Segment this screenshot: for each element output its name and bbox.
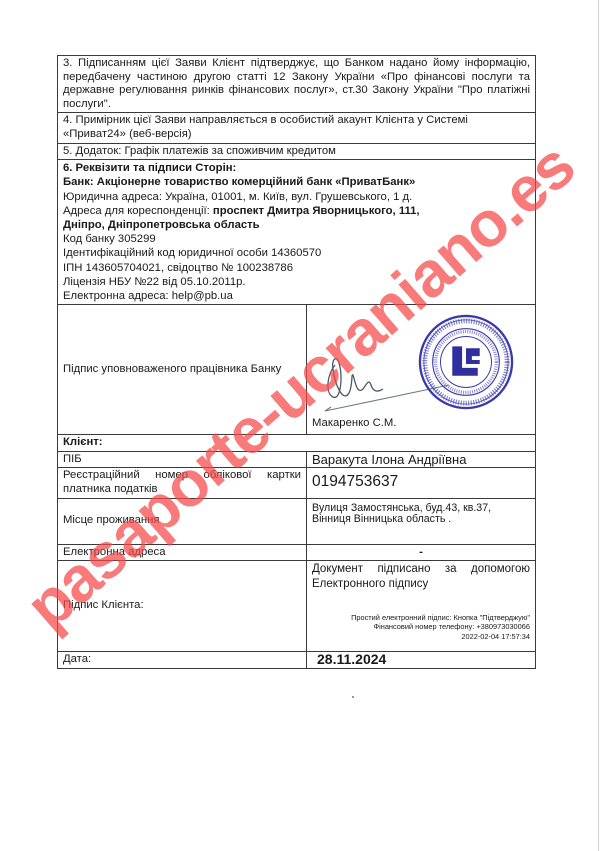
bank-email: Електронна адреса: help@pb.ua bbox=[63, 289, 530, 303]
bank-signature-row: Підпис уповноваженого працівника Банку М… bbox=[58, 305, 536, 435]
client-tax-label: Реєстраційний номер облікової картки пла… bbox=[58, 468, 307, 498]
clause-3-row: 3. Підписанням цієї Заяви Клієнт підтвер… bbox=[58, 56, 536, 113]
legal-address-value: Україна, 01001, м. Київ, вул. Грушевсько… bbox=[165, 191, 412, 203]
requisites-row: 6. Реквізити та підписи Сторін: Банк: Ак… bbox=[58, 160, 536, 305]
client-tax-value: 0194753637 bbox=[307, 468, 536, 498]
requisites-heading: 6. Реквізити та підписи Сторін: bbox=[63, 161, 530, 175]
esig-timestamp: 2022-02-04 17:57:34 bbox=[312, 632, 530, 641]
page-edge bbox=[598, 0, 599, 851]
client-signature-label: Підпис Клієнта: bbox=[58, 561, 307, 652]
legal-address: Юридична адреса: Україна, 01001, м. Київ… bbox=[63, 190, 530, 204]
clause-4: 4. Примірник цієї Заяви направляється в … bbox=[58, 113, 536, 143]
esig-phone: Фінансовий номер телефону: +380973030066 bbox=[312, 622, 530, 631]
client-signature-cell: Документ підписано за допомогою Електрон… bbox=[307, 561, 536, 652]
legal-address-label: Юридична адреса: bbox=[63, 191, 165, 203]
client-email-row: Електронна адреса - bbox=[58, 544, 536, 561]
date-value: 28.11.2024 bbox=[307, 652, 536, 669]
client-name-label: ПІБ bbox=[58, 451, 307, 468]
client-name-row: ПІБ Варакута Ілона Андріївна bbox=[58, 451, 536, 468]
clause-5: 5. Додаток: Графік платежів за споживчим… bbox=[58, 143, 536, 160]
license: Ліцензія НБУ №22 від 05.10.2011р. bbox=[63, 275, 530, 289]
client-signature-row: Підпис Клієнта: Документ підписано за до… bbox=[58, 561, 536, 652]
clause-3: 3. Підписанням цієї Заяви Клієнт підтвер… bbox=[58, 56, 536, 113]
bank-stamp-icon bbox=[417, 313, 515, 411]
client-tax-row: Реєстраційний номер облікової картки пла… bbox=[58, 468, 536, 498]
client-heading: Клієнт: bbox=[58, 435, 536, 452]
clause-4-row: 4. Примірник цієї Заяви направляється в … bbox=[58, 113, 536, 143]
client-address-row: Місце проживання Вулиця Замостянська, бу… bbox=[58, 498, 536, 544]
client-heading-row: Клієнт: bbox=[58, 435, 536, 452]
esig-statement: Документ підписано за допомогою Електрон… bbox=[312, 562, 530, 591]
legal-id: Ідентифікаційний код юридичної особи 143… bbox=[63, 246, 530, 260]
client-address-value: Вулиця Замостянська, буд.43, кв.37, Вінн… bbox=[307, 498, 536, 544]
scan-speck bbox=[352, 696, 354, 698]
esig-method: Простий електронний підпис: Кнопка "Підт… bbox=[312, 613, 530, 622]
requisites-block: 6. Реквізити та підписи Сторін: Банк: Ак… bbox=[58, 160, 536, 305]
corr-address: Адреса для кореспонденції: проспект Дмит… bbox=[63, 204, 448, 232]
client-email-value: - bbox=[307, 544, 536, 561]
esig-meta: Простий електронний підпис: Кнопка "Підт… bbox=[312, 613, 530, 641]
bank-signer-name: Макаренко С.М. bbox=[312, 417, 530, 431]
corr-address-label: Адреса для кореспонденції: bbox=[63, 205, 213, 217]
bank-name: Банк: Акціонерне товариство комерційний … bbox=[63, 175, 530, 189]
bank-signature-label: Підпис уповноваженого працівника Банку bbox=[58, 305, 307, 435]
application-table: 3. Підписанням цієї Заяви Клієнт підтвер… bbox=[57, 55, 536, 669]
date-label: Дата: bbox=[58, 652, 307, 669]
date-row: Дата: 28.11.2024 bbox=[58, 652, 536, 669]
client-address-label: Місце проживання bbox=[58, 498, 307, 544]
tax-id: ІПН 143605704021, свідоцтво № 100238786 bbox=[63, 261, 530, 275]
bank-signature-cell: Макаренко С.М. bbox=[307, 305, 536, 435]
client-email-label: Електронна адреса bbox=[58, 544, 307, 561]
client-name-value: Варакута Ілона Андріївна bbox=[307, 451, 536, 468]
clause-5-row: 5. Додаток: Графік платежів за споживчим… bbox=[58, 143, 536, 160]
bank-code: Код банку 305299 bbox=[63, 232, 530, 246]
